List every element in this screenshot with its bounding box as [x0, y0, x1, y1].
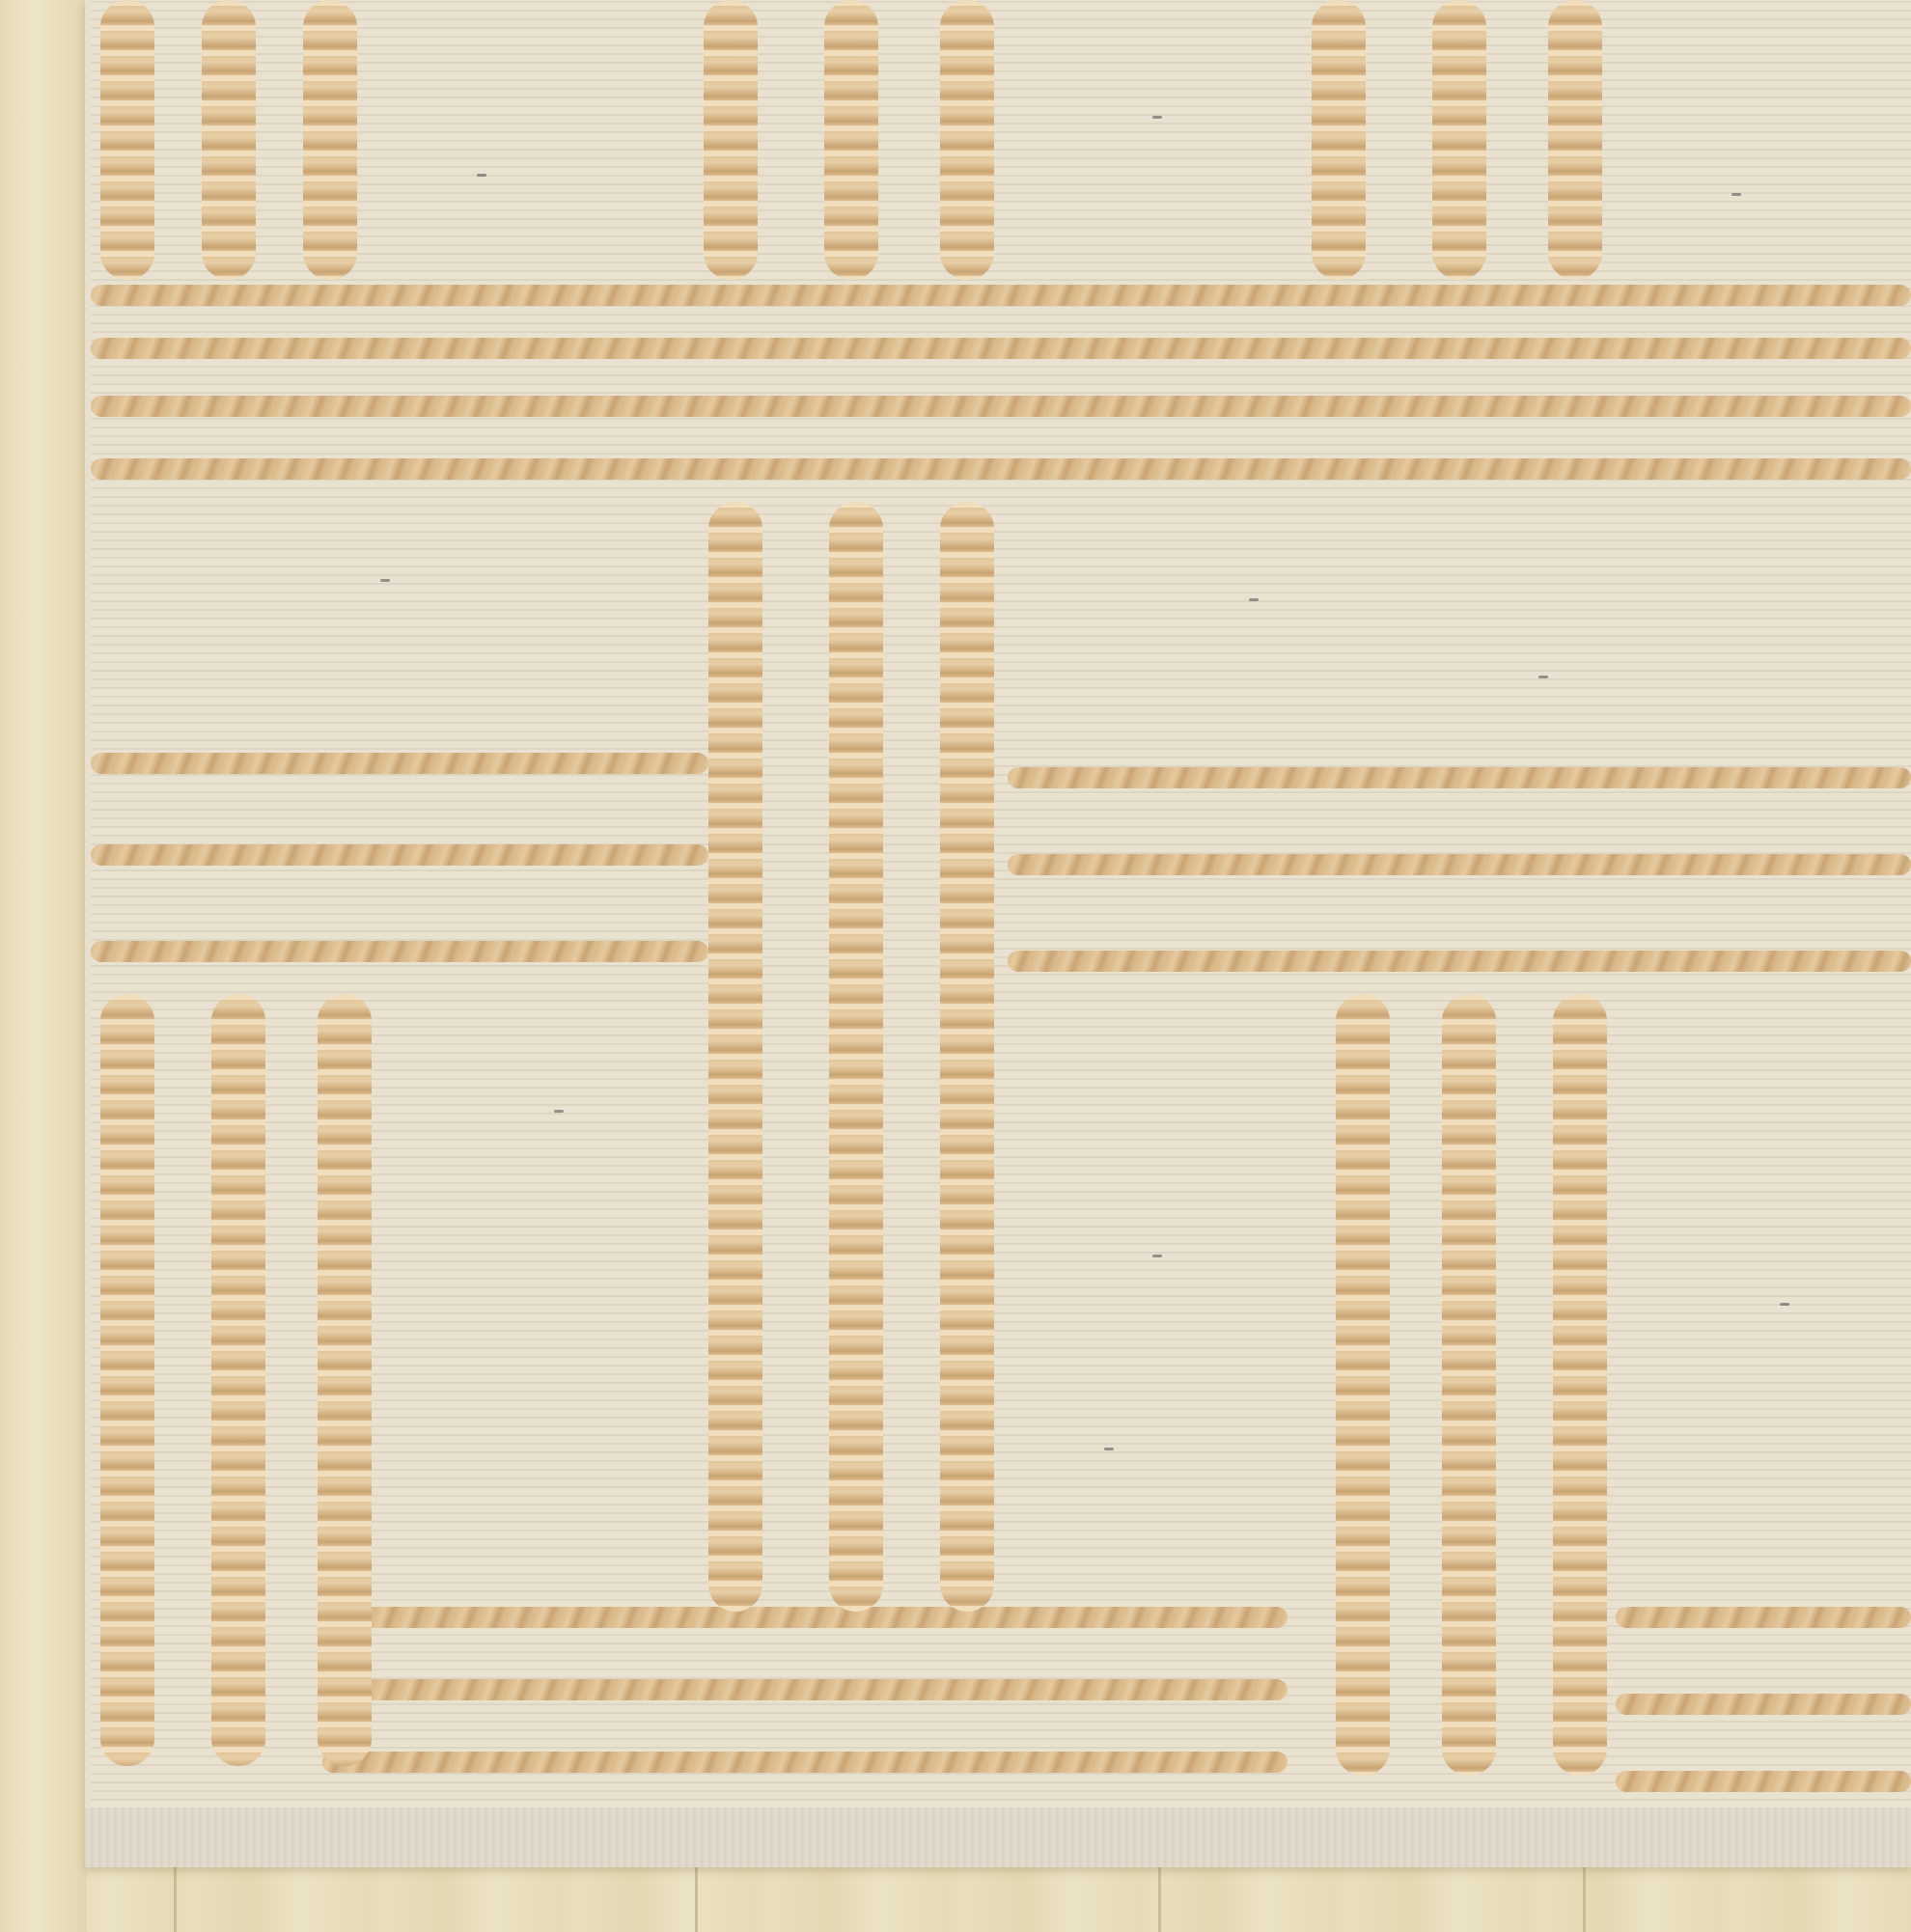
braid-vertical — [202, 0, 256, 280]
braid-horizontal — [91, 338, 1911, 359]
braid-horizontal — [91, 941, 708, 962]
braid-vertical — [824, 0, 878, 280]
braid-horizontal — [91, 396, 1911, 417]
braid-horizontal — [1616, 1771, 1911, 1792]
braid-vertical — [1442, 994, 1496, 1776]
braid-vertical — [708, 502, 762, 1612]
wood-floor-left — [0, 0, 87, 1932]
fleck — [477, 174, 486, 177]
braid-horizontal — [322, 1679, 1288, 1700]
braid-horizontal — [91, 753, 708, 774]
braid-vertical — [1336, 994, 1390, 1776]
fleck — [1152, 1255, 1162, 1257]
floor-plank-seam — [695, 1863, 698, 1932]
rug-field — [91, 0, 1911, 1809]
braid-horizontal — [91, 458, 1911, 480]
rug-binding-edge — [85, 1808, 1911, 1867]
fleck — [1780, 1303, 1789, 1306]
fleck — [1249, 598, 1259, 601]
braid-vertical — [100, 994, 154, 1766]
braid-horizontal — [1008, 854, 1911, 875]
rug — [85, 0, 1911, 1867]
braid-horizontal — [1616, 1607, 1911, 1628]
photo-scene — [0, 0, 1911, 1932]
fleck — [1152, 116, 1162, 119]
braid-horizontal — [1008, 767, 1911, 788]
braid-vertical — [211, 994, 265, 1766]
braid-horizontal — [322, 1607, 1288, 1628]
braid-vertical — [940, 502, 994, 1612]
braid-vertical — [704, 0, 758, 280]
braid-horizontal — [91, 285, 1911, 306]
floor-plank-seam — [174, 1863, 177, 1932]
fleck — [1731, 193, 1741, 196]
braid-vertical — [829, 502, 883, 1612]
fleck — [554, 1110, 564, 1113]
braid-horizontal — [322, 1752, 1288, 1773]
floor-plank-seam — [1158, 1863, 1161, 1932]
braid-vertical — [1432, 0, 1486, 280]
braid-vertical — [1553, 994, 1607, 1776]
braid-vertical — [303, 0, 357, 280]
fleck — [1538, 676, 1548, 678]
braid-vertical — [318, 994, 372, 1766]
braid-vertical — [100, 0, 154, 280]
braid-vertical — [1312, 0, 1366, 280]
fleck — [1104, 1448, 1114, 1450]
fleck — [380, 579, 390, 582]
floor-plank-seam — [1583, 1863, 1586, 1932]
braid-horizontal — [1008, 951, 1911, 972]
braid-horizontal — [91, 844, 708, 866]
braid-vertical — [940, 0, 994, 280]
braid-vertical — [1548, 0, 1602, 280]
braid-horizontal — [1616, 1694, 1911, 1715]
